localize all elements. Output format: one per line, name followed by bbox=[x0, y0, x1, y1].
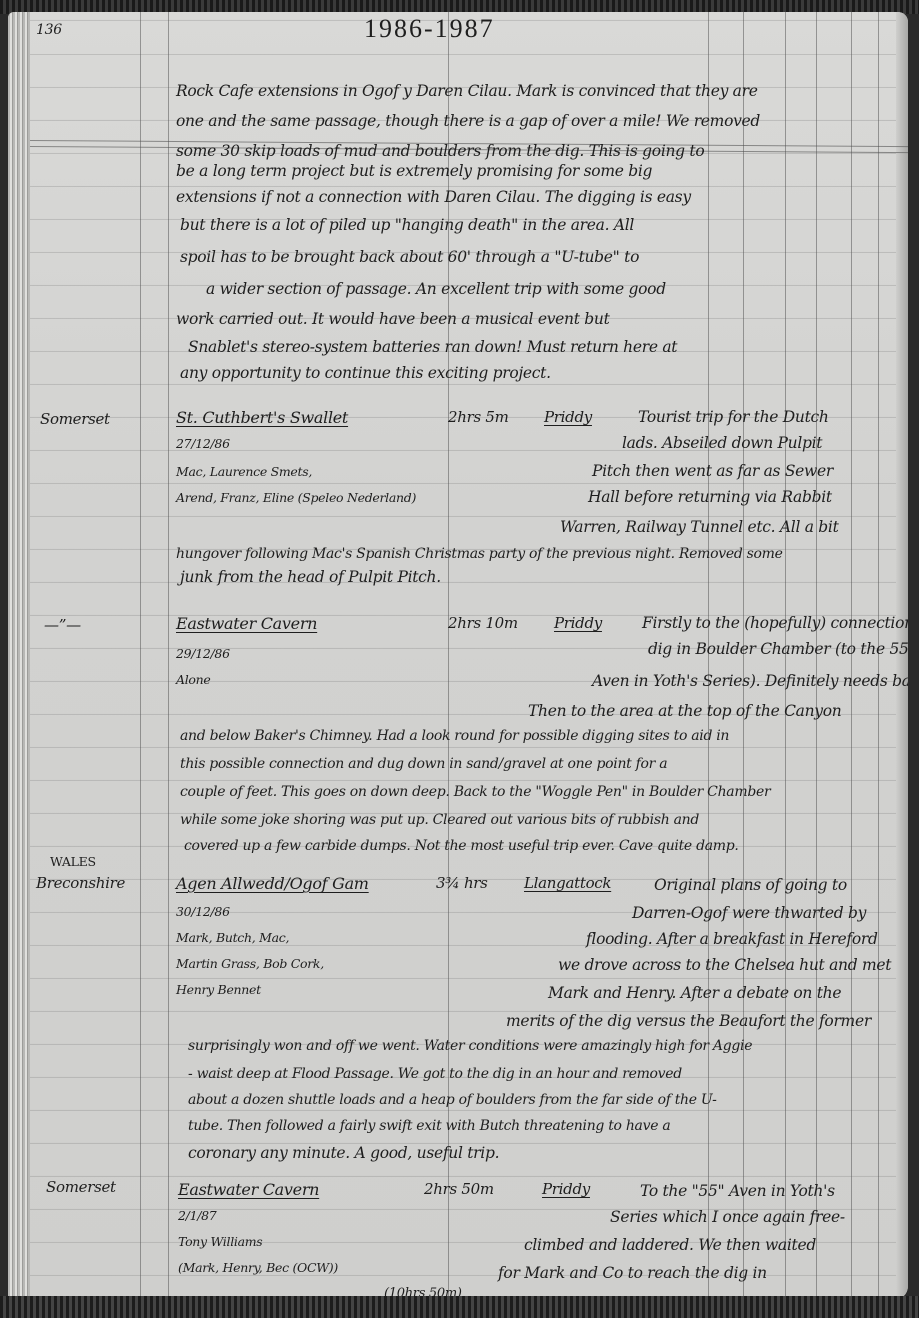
note-line: tube. Then followed a fairly swift exit … bbox=[188, 1118, 670, 1134]
note-line: flooding. After a breakfast in Hereford bbox=[586, 930, 878, 948]
note-line: Mark and Henry. After a debate on the bbox=[548, 984, 841, 1002]
cave-name: Agen Allwedd/Ogof Gam bbox=[176, 874, 369, 893]
note-line: To the "55" Aven in Yoth's bbox=[640, 1182, 835, 1200]
trip-date: 2/1/87 bbox=[178, 1208, 216, 1223]
notebook-binding-bottom bbox=[0, 1296, 919, 1318]
note-line: Original plans of going to bbox=[654, 876, 847, 894]
trip-duration: 2hrs 10m bbox=[448, 614, 518, 632]
party-member: Mac, Laurence Smets, bbox=[176, 464, 312, 479]
trip-date: 30/12/86 bbox=[176, 904, 230, 919]
party-member: Arend, Franz, Eline (Speleo Nederland) bbox=[176, 490, 416, 505]
trip-date: 27/12/86 bbox=[176, 436, 230, 451]
text-line: extensions if not a connection with Dare… bbox=[176, 188, 691, 206]
note-line: Tourist trip for the Dutch bbox=[638, 408, 829, 426]
note-line: - waist deep at Flood Passage. We got to… bbox=[188, 1066, 682, 1082]
note-line: and below Baker's Chimney. Had a look ro… bbox=[180, 728, 729, 744]
note-line: Series which I once again free- bbox=[610, 1208, 845, 1226]
county-ditto: —”— bbox=[44, 616, 81, 634]
party-member: Henry Bennet bbox=[176, 982, 261, 997]
trip-duration: 2hrs 50m bbox=[424, 1180, 494, 1198]
note-line: lads. Abseiled down Pulpit bbox=[622, 434, 822, 452]
county: Somerset bbox=[46, 1178, 116, 1196]
area: Priddy bbox=[542, 1180, 590, 1198]
text-line: Rock Cafe extensions in Ogof y Daren Cil… bbox=[176, 82, 758, 100]
cave-name: Eastwater Cavern bbox=[178, 1180, 319, 1199]
note-line: junk from the head of Pulpit Pitch. bbox=[180, 568, 441, 586]
note-line: about a dozen shuttle loads and a heap o… bbox=[188, 1092, 717, 1108]
text-line: work carried out. It would have been a m… bbox=[176, 310, 610, 328]
trip-duration: 2hrs 5m bbox=[448, 408, 509, 426]
note-line: Darren-Ogof were thwarted by bbox=[632, 904, 866, 922]
party-member: Tony Williams bbox=[178, 1234, 262, 1249]
text-line: some 30 skip loads of mud and boulders f… bbox=[176, 142, 704, 160]
cave-name: Eastwater Cavern bbox=[176, 614, 317, 633]
cave-name: St. Cuthbert's Swallet bbox=[176, 408, 348, 427]
note-line: Pitch then went as far as Sewer bbox=[592, 462, 833, 480]
county: Somerset bbox=[40, 410, 110, 428]
party-member: Mark, Butch, Mac, bbox=[176, 930, 289, 945]
text-line: but there is a lot of piled up "hanging … bbox=[180, 216, 634, 234]
area: Priddy bbox=[554, 614, 602, 632]
note-line: covered up a few carbide dumps. Not the … bbox=[184, 838, 739, 854]
country-label: WALES bbox=[50, 854, 96, 869]
note-line: Warren, Railway Tunnel etc. All a bit bbox=[560, 518, 839, 536]
note-line: dig in Boulder Chamber (to the 55' bbox=[648, 640, 908, 658]
note-line: surprisingly won and off we went. Water … bbox=[188, 1038, 752, 1054]
column-rule-county bbox=[140, 12, 141, 1300]
stacked-page-edges bbox=[8, 12, 30, 1300]
note-line: coronary any minute. A good, useful trip… bbox=[188, 1144, 499, 1162]
note-line: while some joke shoring was put up. Clea… bbox=[180, 812, 699, 828]
party-member: (Mark, Henry, Bec (OCW)) bbox=[178, 1260, 338, 1275]
note-line: this possible connection and dug down in… bbox=[180, 756, 667, 772]
note-line: hungover following Mac's Spanish Christm… bbox=[176, 546, 783, 562]
text-line: a wider section of passage. An excellent… bbox=[206, 280, 666, 298]
note-line: Then to the area at the top of the Canyo… bbox=[528, 702, 841, 720]
note-line: climbed and laddered. We then waited bbox=[524, 1236, 816, 1254]
note-line: Hall before returning via Rabbit bbox=[588, 488, 832, 506]
year-heading: 1986-1987 bbox=[364, 14, 495, 44]
county: Breconshire bbox=[36, 874, 125, 892]
party-member: Martin Grass, Bob Cork, bbox=[176, 956, 324, 971]
note-line: Aven in Yoth's Series). Definitely needs… bbox=[592, 672, 908, 690]
text-line: spoil has to be brought back about 60' t… bbox=[180, 248, 639, 266]
note-line: Firstly to the (hopefully) connection bbox=[642, 614, 908, 632]
party-member: Alone bbox=[176, 672, 211, 687]
area: Llangattock bbox=[524, 874, 611, 892]
text-line: be a long term project but is extremely … bbox=[176, 162, 652, 180]
area: Priddy bbox=[544, 408, 592, 426]
trip-date: 29/12/86 bbox=[176, 646, 230, 661]
logbook-page: 136 1986-1987 Rock Cafe extensions in Og… bbox=[8, 12, 908, 1300]
note-line: we drove across to the Chelsea hut and m… bbox=[558, 956, 891, 974]
note-line: for Mark and Co to reach the dig in bbox=[498, 1264, 767, 1282]
text-line: any opportunity to continue this excitin… bbox=[180, 364, 551, 382]
text-line: Snablet's stereo-system batteries ran do… bbox=[188, 338, 677, 356]
column-rule-cave bbox=[168, 12, 169, 1300]
page-number: 136 bbox=[36, 22, 62, 38]
note-line: couple of feet. This goes on down deep. … bbox=[180, 784, 770, 800]
trip-duration: 3¾ hrs bbox=[436, 874, 488, 892]
text-line: one and the same passage, though there i… bbox=[176, 112, 760, 130]
note-line: merits of the dig versus the Beaufort th… bbox=[506, 1012, 871, 1030]
